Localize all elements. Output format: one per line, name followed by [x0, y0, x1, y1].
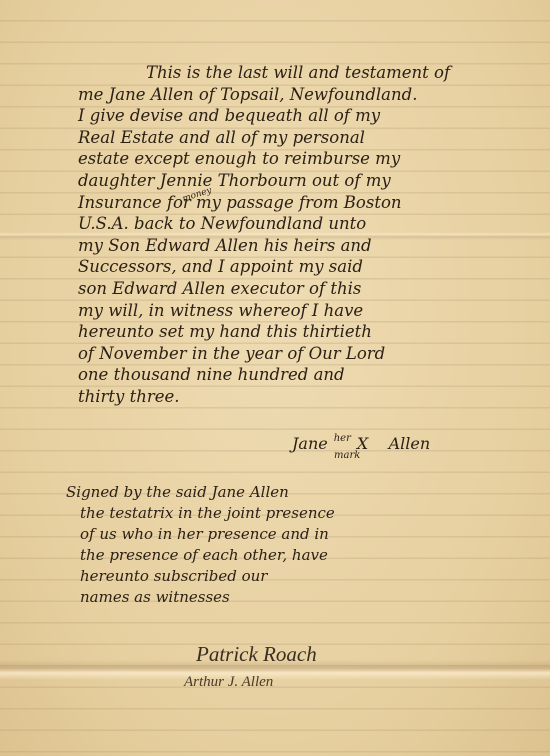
body-line: son Edward Allen executor of this: [78, 278, 518, 300]
body-line: my Son Edward Allen his heirs and: [78, 235, 518, 257]
will-document-page: This is the last will and testament of m…: [0, 0, 550, 756]
attestation-line: names as witnesses: [66, 587, 426, 608]
body-line: I give devise and bequeath all of my: [78, 105, 518, 127]
body-line: me Jane Allen of Topsail, Newfoundland.: [78, 84, 518, 106]
body-line: Insurance for my passage from Boston: [78, 192, 518, 214]
body-line: U.S.A. back to Newfoundland unto: [78, 213, 518, 235]
mark-label-her: her: [334, 433, 351, 444]
body-line: thirty three.: [78, 386, 518, 408]
body-line: daughter Jennie Thorbourn out of my: [78, 170, 518, 192]
attestation-line: the presence of each other, have: [66, 545, 426, 566]
testator-signature: JaneherX Allen mark: [292, 434, 430, 453]
body-line: one thousand nine hundred and: [78, 364, 518, 386]
body-line: estate except enough to reimburse my: [78, 148, 518, 170]
body-line: my will, in witness whereof I have: [78, 300, 518, 322]
attestation-line: of us who in her presence and in: [66, 524, 426, 545]
body-line: Successors, and I appoint my said: [78, 256, 518, 278]
witness-signature-2: Arthur J. Allen: [184, 674, 273, 691]
mark-label-mark: mark: [334, 450, 360, 461]
body-line: hereunto set my hand this thirtieth: [78, 321, 518, 343]
signature-last-name: Allen: [389, 434, 431, 453]
attestation-line: hereunto subscribed our: [66, 566, 426, 587]
witness-signature-1: Patrick Roach: [196, 642, 317, 667]
attestation-clause: Signed by the said Jane Allen the testat…: [66, 482, 426, 608]
attestation-line: Signed by the said Jane Allen: [66, 482, 426, 503]
attestation-line: the testatrix in the joint presence: [66, 503, 426, 524]
body-line: This is the last will and testament of: [78, 62, 518, 84]
body-line: Real Estate and all of my personal: [78, 127, 518, 149]
will-body: This is the last will and testament of m…: [78, 62, 518, 408]
signature-first-name: Jane: [292, 434, 328, 453]
body-line: of November in the year of Our Lord: [78, 343, 518, 365]
